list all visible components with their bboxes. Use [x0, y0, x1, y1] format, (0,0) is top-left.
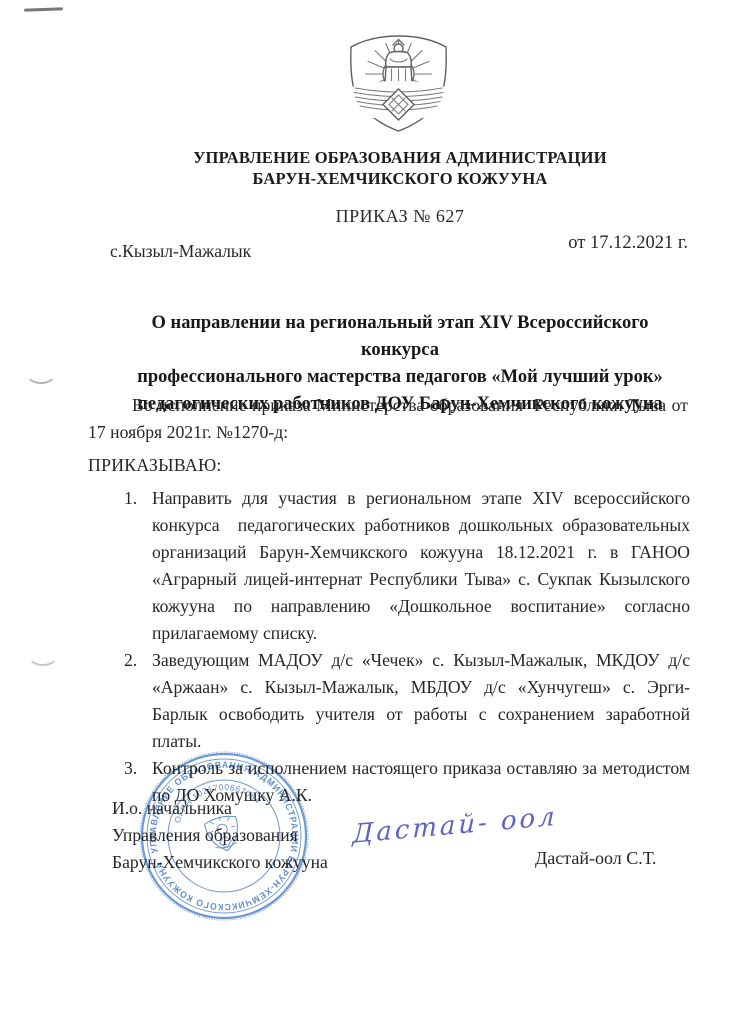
org-name-line1: УПРАВЛЕНИЕ ОБРАЗОВАНИЯ АДМИНИСТРАЦИИ: [100, 147, 700, 168]
order-item: Заведующим МАДОУ д/с «Чечек» с. Кызыл-Ма…: [124, 647, 690, 755]
signer-name: Дастай-оол С.Т.: [535, 845, 656, 872]
subject-line: О направлении на региональный этап XIV В…: [115, 310, 685, 364]
order-word: ПРИКАЗЫВАЮ:: [88, 455, 222, 476]
intro-paragraph: Во исполнение приказа Министерства образ…: [88, 392, 688, 446]
official-stamp-icon: УПРАВЛЕНИЕ ОБРАЗОВАНИЯ АДМИНИСТРАЦИИ БАР…: [136, 748, 312, 924]
punch-hole-mark: [27, 642, 59, 666]
date: от 17.12.2021 г.: [568, 233, 688, 254]
subject-line: профессионального мастерства педагогов «…: [115, 364, 685, 391]
scanned-order-document: УПРАВЛЕНИЕ ОБРАЗОВАНИЯ АДМИНИСТРАЦИИ БАР…: [0, 0, 745, 1024]
punch-hole-mark: [25, 360, 57, 384]
order-item-text: Заведующим МАДОУ д/с «Чечек» с. Кызыл-Ма…: [152, 650, 694, 751]
org-name-line2: БАРУН-ХЕМЧИКСКОГО КОЖУУНА: [100, 168, 700, 189]
order-item: Направить для участия в региональном эта…: [124, 485, 690, 647]
order-number: ПРИКАЗ № 627: [100, 206, 700, 227]
place-date-row: с.Кызыл-Мажалык от 17.12.2021 г.: [110, 241, 688, 262]
coat-of-arms-icon: [342, 30, 455, 136]
org-name: УПРАВЛЕНИЕ ОБРАЗОВАНИЯ АДМИНИСТРАЦИИ БАР…: [100, 147, 700, 189]
place: с.Кызыл-Мажалык: [110, 241, 251, 262]
pen-mark: [24, 7, 63, 11]
order-item-text: Направить для участия в региональном эта…: [152, 488, 694, 643]
